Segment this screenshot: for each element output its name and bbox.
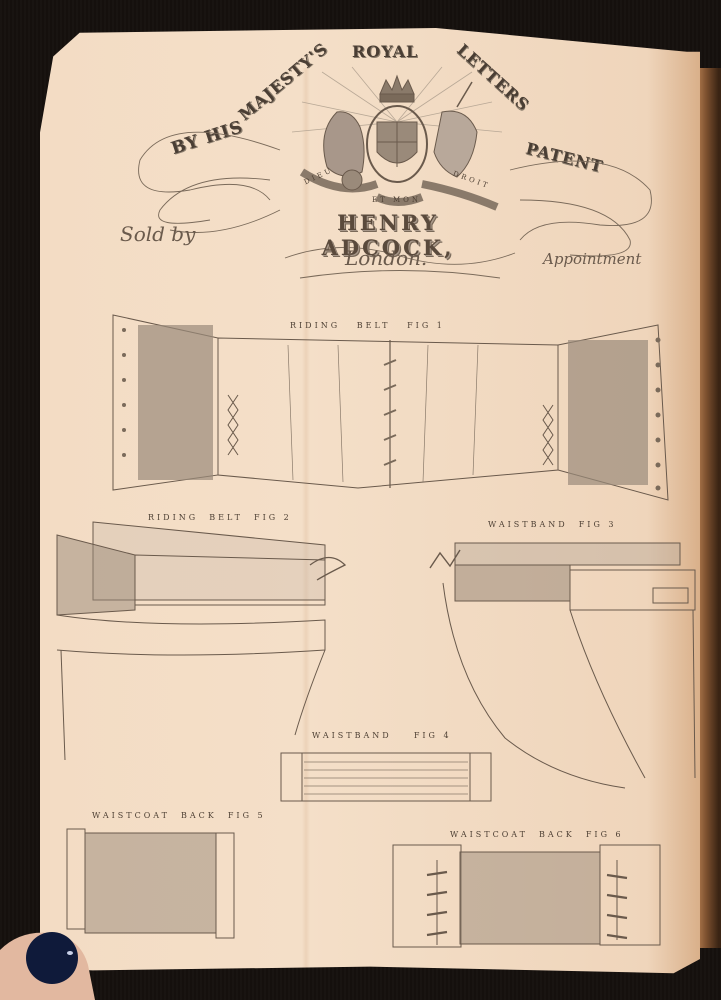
book-spine-edge [697,68,721,948]
figure-5-caption: WAISTCOAT BACK FIG 5 [92,811,266,820]
figure-4-caption: WAISTBAND FIG 4 [312,731,452,740]
figure-6-caption: WAISTCOAT BACK FIG 6 [450,830,624,839]
waistcoat-back-fig6-illustration [392,840,662,950]
location-london: London. [345,246,427,270]
sold-by-text: Sold by [120,222,195,246]
riding-belt-fig2-illustration [55,520,365,760]
appointment-text: Appointment [543,250,641,268]
waistband-fig3-illustration [425,538,700,788]
hand-thumb-with-nail-polish [0,905,95,1000]
motto-et-mon: ET MON [372,196,421,204]
riding-belt-fig1-illustration [108,310,673,505]
figure-3-caption: WAISTBAND FIG 3 [488,520,616,529]
title-royal: ROYAL [352,42,418,61]
waistband-fig4-illustration [280,752,495,804]
